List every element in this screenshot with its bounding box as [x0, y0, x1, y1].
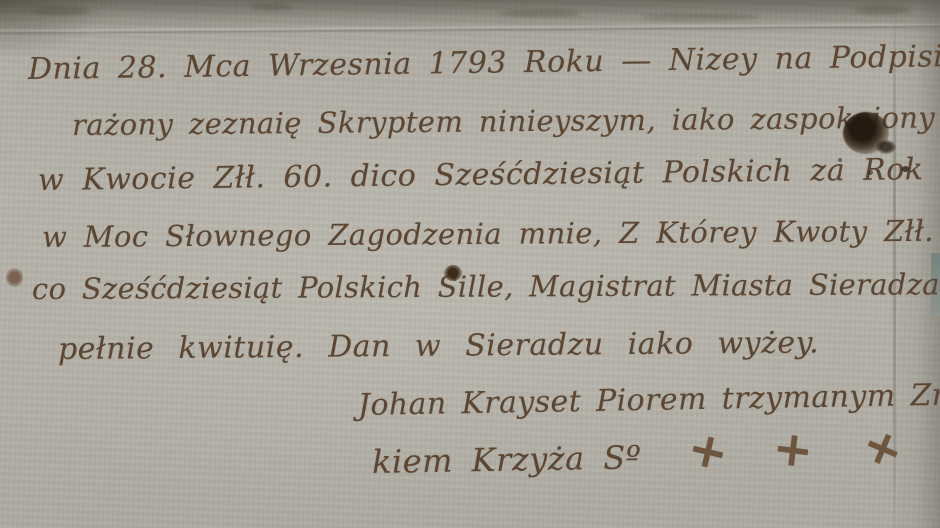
- manuscript-line-2: rażony zeznaię Skryptem ninieyszym, iako…: [72, 99, 940, 142]
- showthrough-smudge: [30, 7, 90, 15]
- cross-mark-3: +: [857, 423, 909, 474]
- showthrough-smudge: [640, 14, 760, 20]
- ink-speck: [838, 158, 842, 162]
- showthrough-smudge: [250, 4, 292, 10]
- manuscript-line-5: co Sześćdziesiąt Polskich Sille, Magistr…: [32, 267, 940, 306]
- showthrough-smudge: [500, 10, 580, 17]
- ink-blot-left-margin: [6, 268, 23, 287]
- manuscript-line-1: Dnia 28. Mca Wrzesnia 1793 Roku — Nizey …: [28, 38, 940, 87]
- ink-speck: [902, 166, 909, 172]
- signature-mark-text: kiem Krzyża Sº: [372, 438, 642, 481]
- manuscript-line-7-signature: Johan Krayset Piorem trzymanym Zna—: [358, 377, 940, 423]
- manuscript-line-3: w Kwocie Złł. 60. dico Sześćdziesiąt Pol…: [38, 151, 940, 198]
- manuscript-line-4: w Moc Słownego Zagodzenia mnie, Z Którey…: [42, 213, 940, 254]
- cross-mark-2: +: [771, 428, 816, 471]
- manuscript-line-8-signature: kiem Krzyża Sº + + +: [372, 429, 904, 481]
- ink-blot-midline: [444, 265, 462, 281]
- manuscript-photo: Dnia 28. Mca Wrzesnia 1793 Roku — Nizey …: [0, 0, 940, 528]
- ink-speck: [868, 170, 873, 175]
- cross-mark-1: +: [684, 428, 732, 475]
- manuscript-line-6: pełnie kwituię. Dan w Sieradzu iako wyże…: [58, 325, 819, 367]
- showthrough-smudge: [855, 6, 910, 14]
- ink-blot-small: [876, 140, 896, 154]
